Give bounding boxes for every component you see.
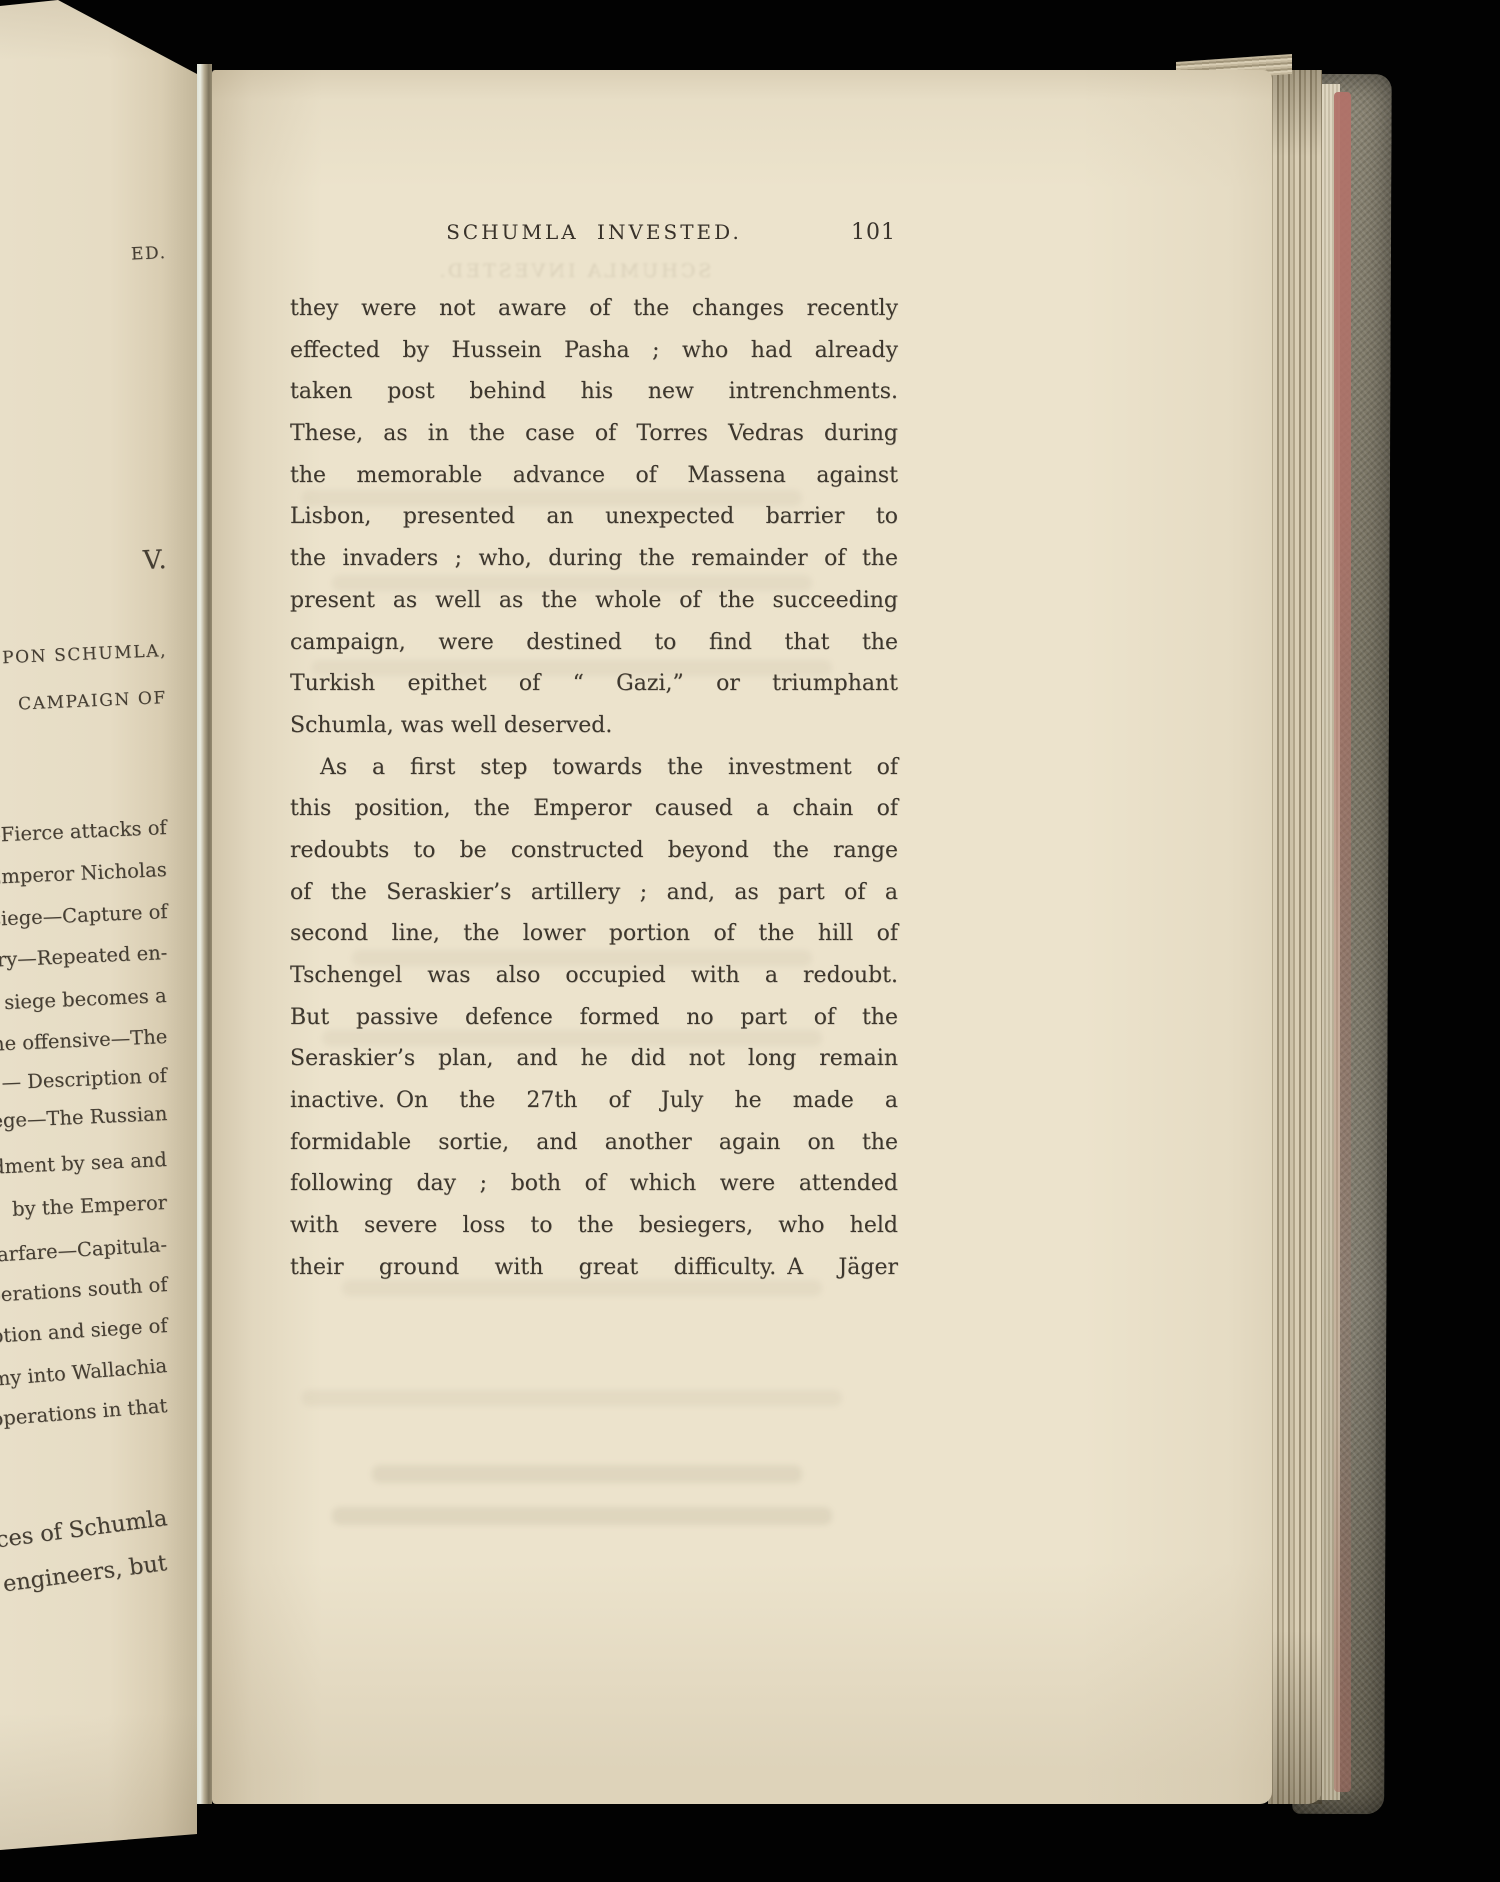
left-page-fragment: Operations south of — [0, 1273, 168, 1308]
body-line: As a first step towards the investment o… — [290, 747, 898, 789]
left-page-fragment: warfare—Capitula- — [0, 1233, 168, 1267]
body-line: Tschengel was also occupied with a redou… — [290, 955, 898, 997]
body-line: second line, the lower portion of the hi… — [290, 913, 898, 955]
left-page-fragment: Emperor Nicholas — [0, 858, 168, 889]
body-line: effected by Hussein Pasha ; who had alre… — [290, 330, 898, 372]
show-through-header: SCHUMLA INVESTED. — [270, 260, 878, 282]
left-page-fragment: CAMPAIGN OF — [18, 688, 167, 714]
left-page-fragment: ription and siege of — [0, 1314, 168, 1349]
show-through-smudge — [332, 1507, 832, 1525]
body-line: Schumla, was well deserved. — [290, 705, 898, 747]
book-scan: ED.V.PON SCHUMLA,CAMPAIGN OF—Fierce atta… — [0, 0, 1500, 1882]
body-line: Seraskier’s plan, and he did not long re… — [290, 1038, 898, 1080]
board-red-edge — [1334, 92, 1351, 1792]
body-line: Lisbon, presented an unexpected barrier … — [290, 496, 898, 538]
left-page-fragment: n engineers, but — [0, 1550, 169, 1600]
left-page-fragment: the offensive—The — [0, 1025, 168, 1056]
body-line: taken post behind his new intrenchments. — [290, 371, 898, 413]
right-page: SCHUMLA INVESTED. 101 SCHUMLA INVESTED. … — [212, 70, 1272, 1804]
left-page-fragment: siege becomes a — [4, 984, 167, 1014]
body-line: following day ; both of which were atten… — [290, 1163, 898, 1205]
left-page-fragment: rmy into Wallachia — [0, 1354, 168, 1391]
body-line: the memorable advance of Massena against — [290, 455, 898, 497]
left-page-fragment: by the Emperor — [12, 1191, 168, 1221]
body-text: they were not aware of the changes recen… — [290, 288, 898, 1289]
body-line: campaign, were destined to find that the — [290, 622, 898, 664]
left-page-fragment: PON SCHUMLA, — [2, 641, 168, 668]
gutter-shadow — [197, 64, 212, 1804]
left-page-fragment: e siege—Capture of — [0, 900, 168, 931]
left-page: ED.V.PON SCHUMLA,CAMPAIGN OF—Fierce atta… — [0, 0, 197, 1862]
left-page-fragment: —Fierce attacks of — [0, 816, 168, 847]
body-line: with severe loss to the besiegers, who h… — [290, 1205, 898, 1247]
running-head-title: SCHUMLA INVESTED. — [446, 220, 742, 244]
left-page-fragment: operations in that — [0, 1394, 168, 1431]
body-line: redoubts to be constructed beyond the ra… — [290, 830, 898, 872]
body-line: of the Seraskier’s artillery ; and, as p… — [290, 872, 898, 914]
left-page-fragment: na — Description of — [0, 1064, 168, 1096]
left-page-fragment: ED. — [131, 243, 167, 265]
left-page-fragment: V. — [142, 545, 168, 576]
body-line: this position, the Emperor caused a chai… — [290, 788, 898, 830]
page-number: 101 — [851, 220, 896, 245]
body-line: These, as in the case of Torres Vedras d… — [290, 413, 898, 455]
body-line: inactive. On the 27th of July he made a — [290, 1080, 898, 1122]
body-line: formidable sortie, and another again on … — [290, 1122, 898, 1164]
body-line: Turkish epithet of “ Gazi,” or triumphan… — [290, 663, 898, 705]
body-line: But passive defence formed no part of th… — [290, 997, 898, 1039]
body-line: present as well as the whole of the succ… — [290, 580, 898, 622]
body-line: the invaders ; who, during the remainder… — [290, 538, 898, 580]
body-line: they were not aware of the changes recen… — [290, 288, 898, 330]
left-page-fragment: ardment by sea and — [0, 1148, 168, 1180]
show-through-smudge — [372, 1465, 802, 1483]
fore-edge-pages — [1268, 70, 1322, 1804]
body-line: their ground with great difficulty. A Jä… — [290, 1247, 898, 1289]
left-page-fragment: nces of Schumla — [0, 1505, 169, 1555]
left-page-fragment: iege—The Russian — [0, 1102, 168, 1133]
show-through-smudge — [302, 1390, 842, 1406]
running-head: SCHUMLA INVESTED. 101 — [290, 220, 898, 252]
left-page-fragment: lery—Repeated en- — [0, 941, 168, 972]
